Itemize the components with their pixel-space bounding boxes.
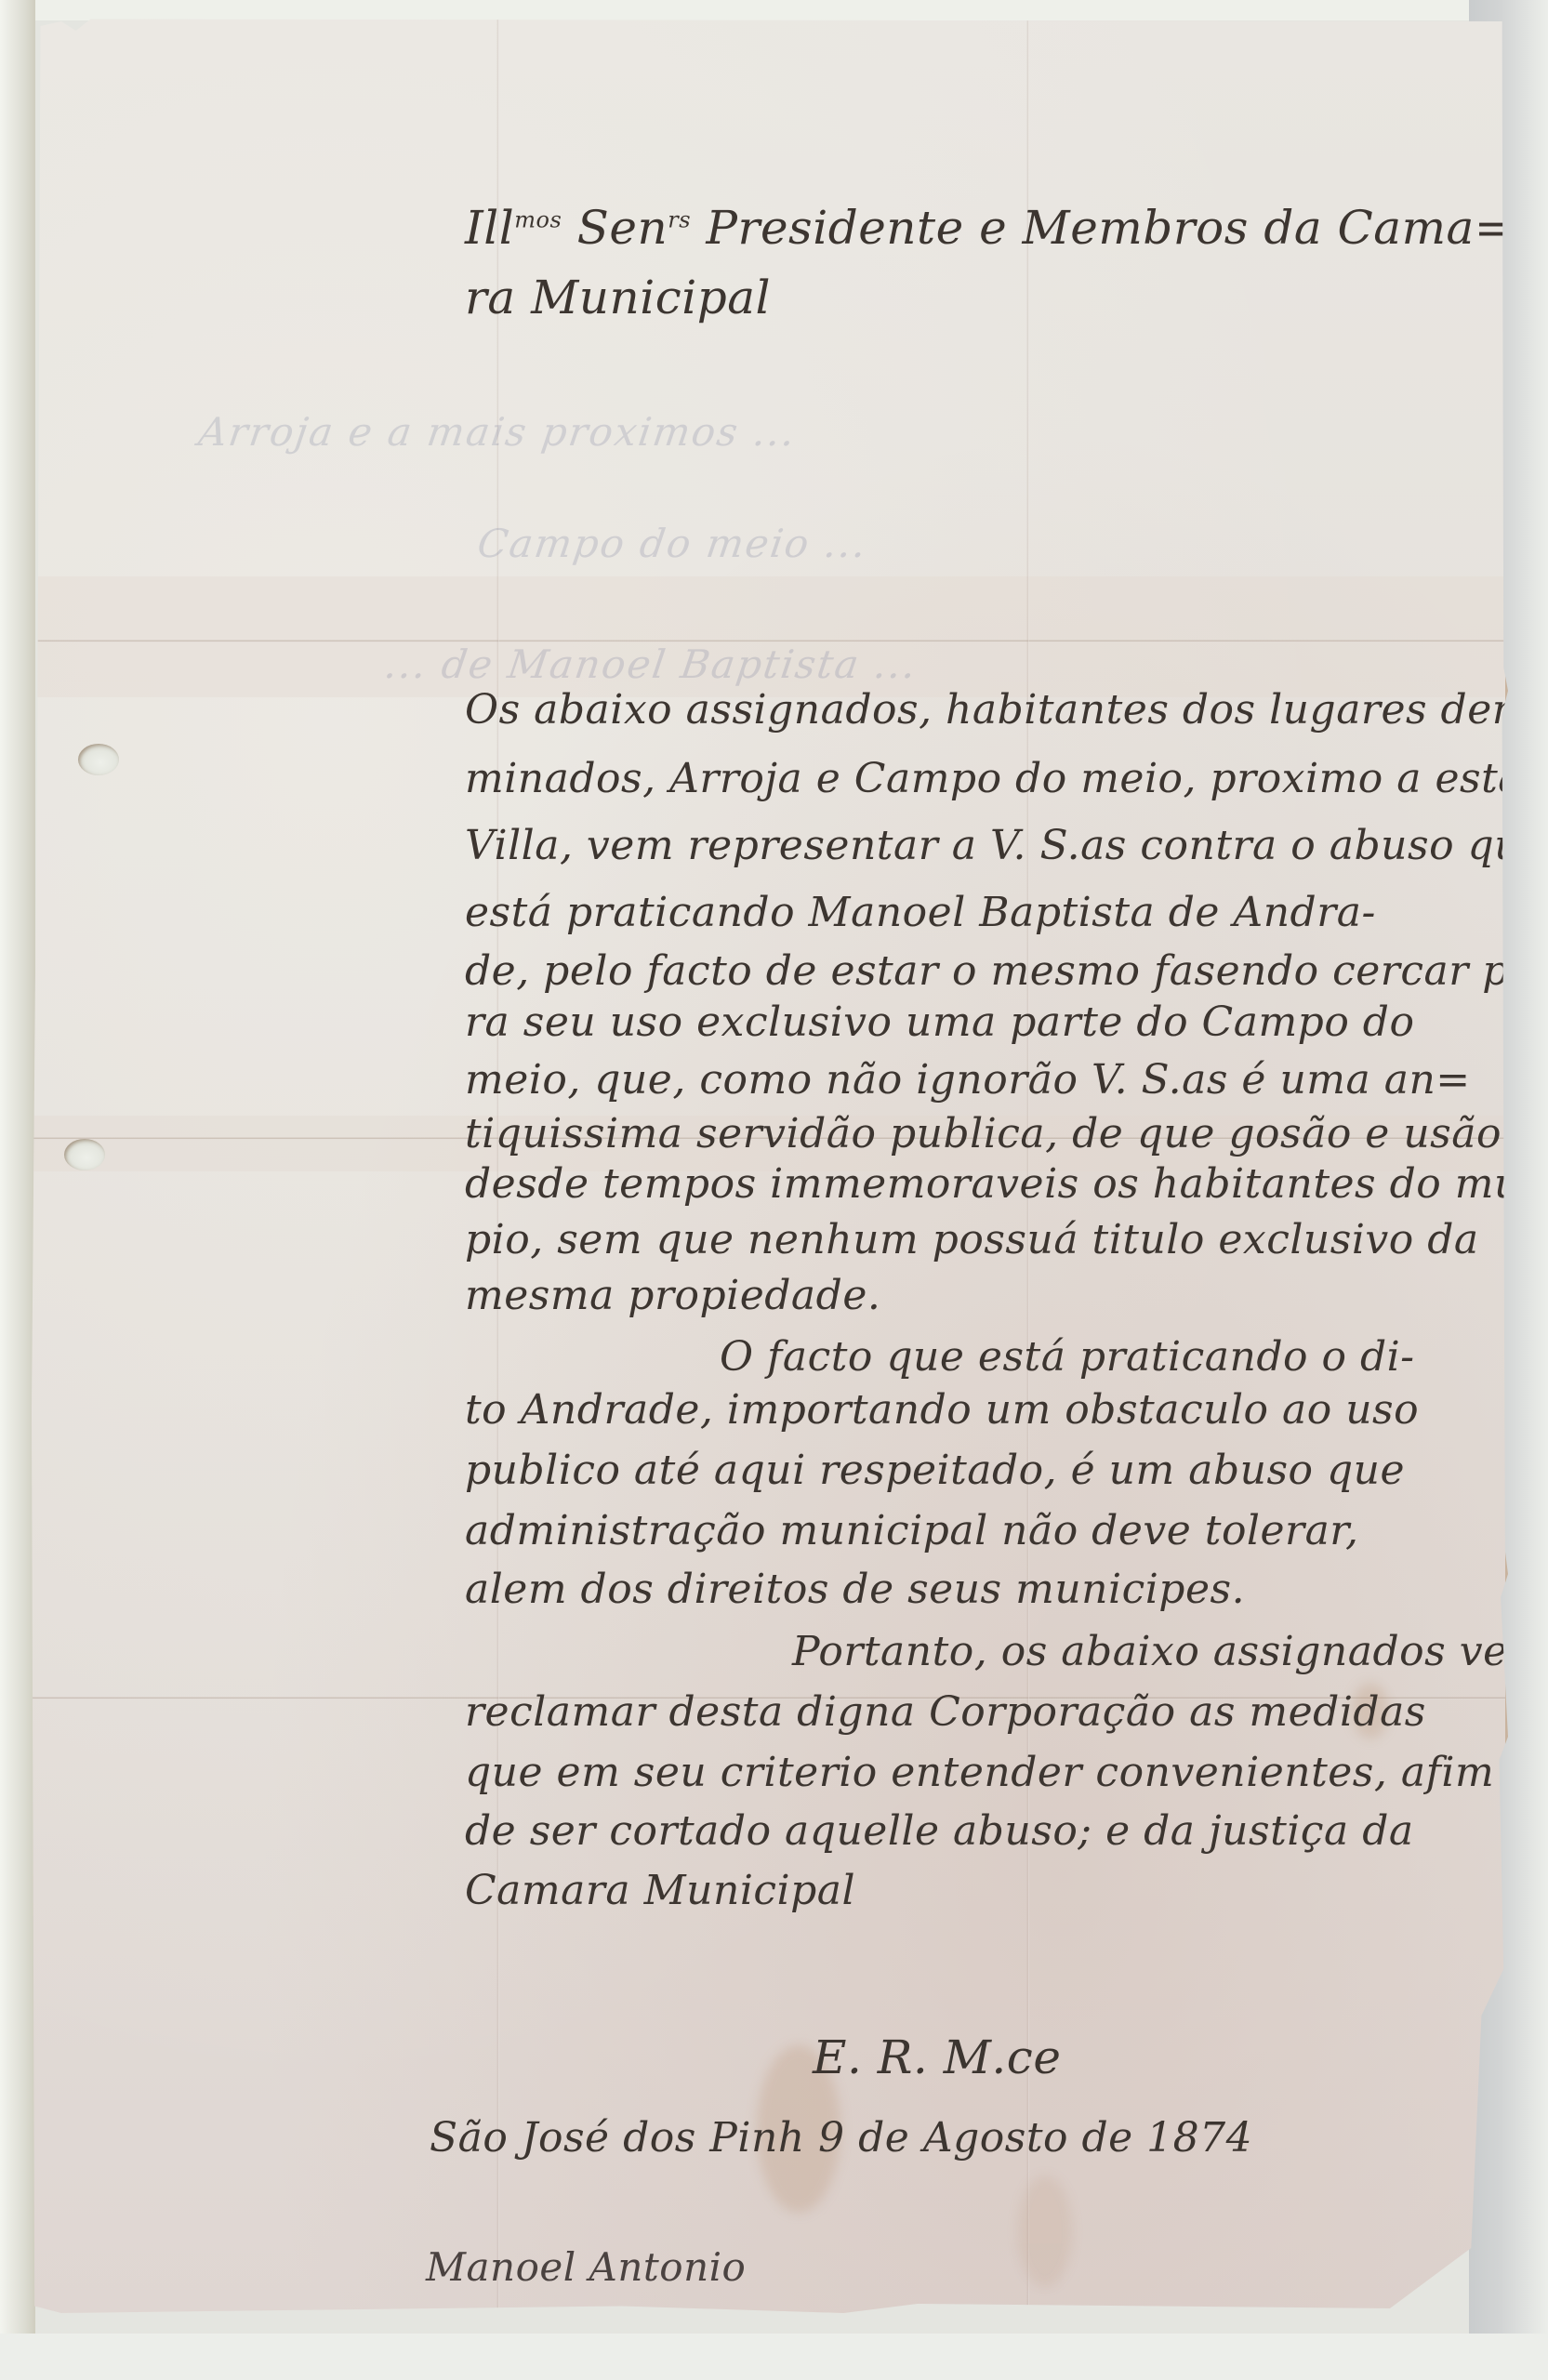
- body-line: mesma propiedade.: [465, 1276, 880, 1316]
- body-line: minados, Arroja e Campo do meio, proximo…: [465, 759, 1523, 800]
- body-line: ra seu uso exclusivo uma parte do Campo …: [465, 1002, 1414, 1043]
- backdrop-bottom: [0, 2334, 1548, 2380]
- body-line: Camara Municipal: [465, 1871, 855, 1911]
- punch-hole-bottom: [64, 1139, 105, 1170]
- body-line: O facto que está praticando o di-: [720, 1337, 1415, 1378]
- body-line: pio, sem que nenhum possuá titulo exclus…: [465, 1220, 1479, 1261]
- salutation-superscript: mos: [514, 206, 562, 232]
- body-line: que em seu criterio entender conveniente…: [465, 1752, 1494, 1793]
- bleed-through-line: Campo do meio ...: [475, 521, 871, 566]
- salutation-superscript-2: rs: [668, 206, 691, 232]
- body-line: de ser cortado aquelle abuso; e da justi…: [465, 1811, 1414, 1852]
- salutation-prefix: Ill: [465, 201, 514, 255]
- corner-stain: [1017, 2175, 1073, 2287]
- body-line: Os abaixo assignados, habitantes dos lug…: [465, 690, 1548, 731]
- signature: Manoel Antonio: [426, 2248, 746, 2287]
- body-line: publico até aqui respeitado, é um abuso …: [465, 1450, 1405, 1491]
- body-line: tiquissima servidão publica, de que gosã…: [465, 1114, 1502, 1155]
- body-line: Portanto, os abaixo assignados vem: [792, 1632, 1547, 1673]
- bleed-through-line: ... de Manoel Baptista ...: [382, 641, 920, 687]
- backdrop-left: [0, 0, 35, 2380]
- body-line: to Andrade, importando um obstaculo ao u…: [465, 1390, 1419, 1431]
- salutation-title: Sen: [562, 201, 668, 255]
- punch-hole-top: [78, 744, 119, 775]
- body-line: desde tempos immemoraveis os habitantes …: [465, 1164, 1548, 1205]
- body-line: Villa, vem representar a V. S.as contra …: [465, 826, 1546, 866]
- closing-formula: E. R. M.ce: [813, 2034, 1061, 2081]
- backdrop-top: [0, 0, 1548, 20]
- place-and-date: São José dos Pinh 9 de Agosto de 1874: [430, 2118, 1252, 2159]
- body-line: administração municipal não deve tolerar…: [465, 1511, 1359, 1552]
- salutation-line-1: Illmos Senrs Presidente e Membros da Cam…: [465, 205, 1514, 251]
- body-line: de, pelo facto de estar o mesmo fasendo …: [465, 951, 1534, 992]
- salutation-line-2: ra Municipal: [465, 274, 771, 321]
- salutation-addressee: Presidente e Membros da Cama=: [691, 201, 1514, 255]
- manuscript-page: Arroja e a mais proximos ... Campo do me…: [32, 17, 1508, 2341]
- body-line: meio, que, como não ignorão V. S.as é um…: [465, 1060, 1471, 1101]
- body-line: alem dos direitos de seus municipes.: [465, 1569, 1245, 1610]
- bleed-through-line: Arroja e a mais proximos ...: [196, 409, 800, 455]
- body-line: reclamar desta digna Corporação as medid…: [465, 1692, 1426, 1733]
- body-line: está praticando Manoel Baptista de Andra…: [465, 892, 1376, 933]
